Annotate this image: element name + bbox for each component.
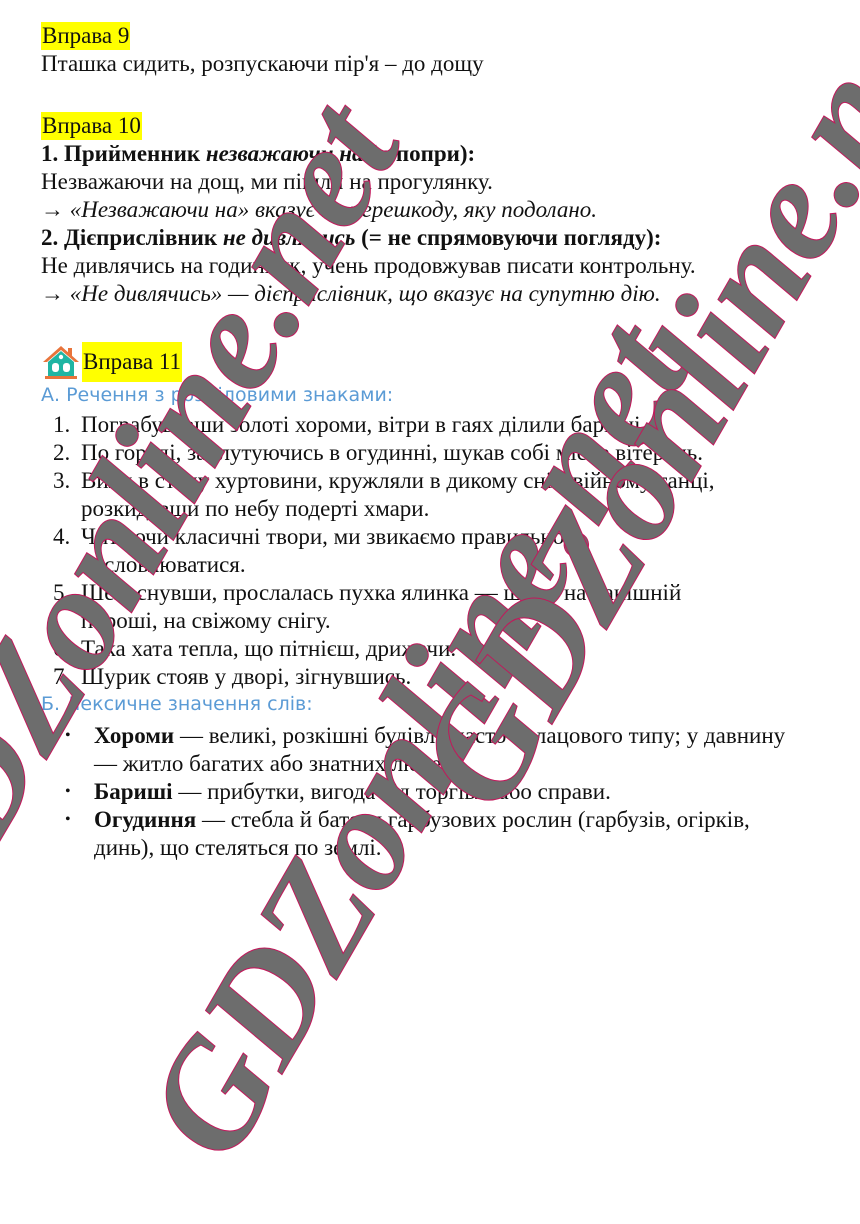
sentence-text: пороші, на свіжому снігу. (81, 607, 841, 635)
sentence-item: 6.Така хата тепла, що пітнієш, дрижачи. (41, 635, 841, 663)
definition-term: Хороми (94, 723, 174, 748)
sentence-text: Вили в степу хуртовини, кружляли в диком… (81, 467, 841, 495)
sentence-number: 1. (53, 411, 70, 439)
sentence-number: 7. (53, 663, 70, 691)
sentence-text: висловлюватися. (81, 551, 841, 579)
sentences-list: 1.Пограбувавши золоті хороми, вітри в га… (41, 411, 841, 691)
sentence-number: 2. (53, 439, 70, 467)
sentence-number: 6. (53, 635, 70, 663)
exercise-10-item-1-example: Незважаючи на дощ, ми пішли на прогулянк… (41, 168, 841, 196)
definition-item: •Бариші — прибутки, вигода від торгівлі … (41, 778, 794, 806)
exercise-10-item-1-note: → «Незважаючи на» вказує на перешкоду, я… (41, 196, 841, 224)
item-1-prefix: 1. Прийменник (41, 141, 206, 166)
bullet-icon: • (65, 806, 71, 834)
exercise-9-heading-line: Вправа 9 (41, 22, 841, 50)
definition-term: Бариші (94, 779, 173, 804)
item-2-prefix: 2. Дієприслівник (41, 225, 223, 250)
definition-item: •Хороми — великі, розкішні будівлі, част… (41, 722, 794, 778)
exercise-11-heading: Вправа 11 (82, 342, 182, 382)
item-1-suffix: (= попри): (364, 141, 476, 166)
bullet-icon: • (65, 722, 71, 750)
sentence-number: 3. (53, 467, 70, 495)
exercise-9-heading: Вправа 9 (41, 22, 130, 50)
sentence-item: 4.Читаючи класичні твори, ми звикаємо пр… (41, 523, 841, 579)
sentence-text: Така хата тепла, що пітнієш, дрижачи. (81, 635, 841, 663)
sentence-item: 3.Вили в степу хуртовини, кружляли в дик… (41, 467, 841, 523)
sentence-item: 5.Шелеснувши, прослалась пухка ялинка — … (41, 579, 841, 635)
sentence-text: Пограбувавши золоті хороми, вітри в гаях… (81, 411, 841, 439)
sentence-text: Шурик стояв у дворі, зігнувшись. (81, 663, 841, 691)
exercise-10-item-2-note: → «Не дивлячись» — дієприслівник, що вка… (41, 280, 841, 308)
exercise-10-heading: Вправа 10 (41, 112, 142, 140)
exercise-9-text: Пташка сидить, розпускаючи пір'я – до до… (41, 50, 841, 78)
bullet-icon: • (65, 778, 71, 806)
sentence-text: розкидавши по небу подерті хмари. (81, 495, 841, 523)
sentence-item: 1.Пограбувавши золоті хороми, вітри в га… (41, 411, 841, 439)
exercise-10-item-2-title: 2. Дієприслівник не дивлячись (= не спря… (41, 224, 841, 252)
exercise-10-item-2-example: Не дивлячись на годинник, учень продовжу… (41, 252, 841, 280)
sentence-text: Читаючи класичні твори, ми звикаємо прав… (81, 523, 841, 551)
document-content: Вправа 9 Пташка сидить, розпускаючи пір'… (41, 22, 841, 862)
exercise-10-item-1-title: 1. Прийменник незважаючи на (= попри): (41, 140, 841, 168)
item-2-suffix: (= не спрямовуючи погляду): (355, 225, 661, 250)
section-b-title: Б. Лексичне значення слів: (41, 691, 841, 718)
definition-item: •Огудиння — стебла й батоги гарбузових р… (41, 806, 794, 862)
sentence-text: Шелеснувши, прослалась пухка ялинка — ши… (81, 579, 841, 607)
sentence-number: 5. (53, 579, 70, 607)
item-1-term: незважаючи на (206, 141, 364, 166)
sentence-item: 7.Шурик стояв у дворі, зігнувшись. (41, 663, 841, 691)
definitions-list: •Хороми — великі, розкішні будівлі, част… (41, 722, 841, 862)
sentence-number: 4. (53, 523, 70, 551)
document-page: Вправа 9 Пташка сидить, розпускаючи пір'… (0, 0, 860, 1224)
sentence-text: По городі, заплутуючись в огудинні, шука… (81, 439, 841, 467)
house-icon (41, 344, 81, 380)
definition-text: — прибутки, вигода від торгівлі або спра… (173, 779, 611, 804)
sentence-item: 2.По городі, заплутуючись в огудинні, шу… (41, 439, 841, 467)
item-2-term: не дивлячись (223, 225, 355, 250)
definition-text: — великі, розкішні будівлі, часто палацо… (94, 723, 785, 776)
definition-term: Огудиння (94, 807, 196, 832)
exercise-10-heading-line: Вправа 10 (41, 112, 841, 140)
section-a-title: А. Речення з розділовими знаками: (41, 382, 841, 409)
exercise-11-heading-line: Вправа 11 (41, 342, 841, 382)
